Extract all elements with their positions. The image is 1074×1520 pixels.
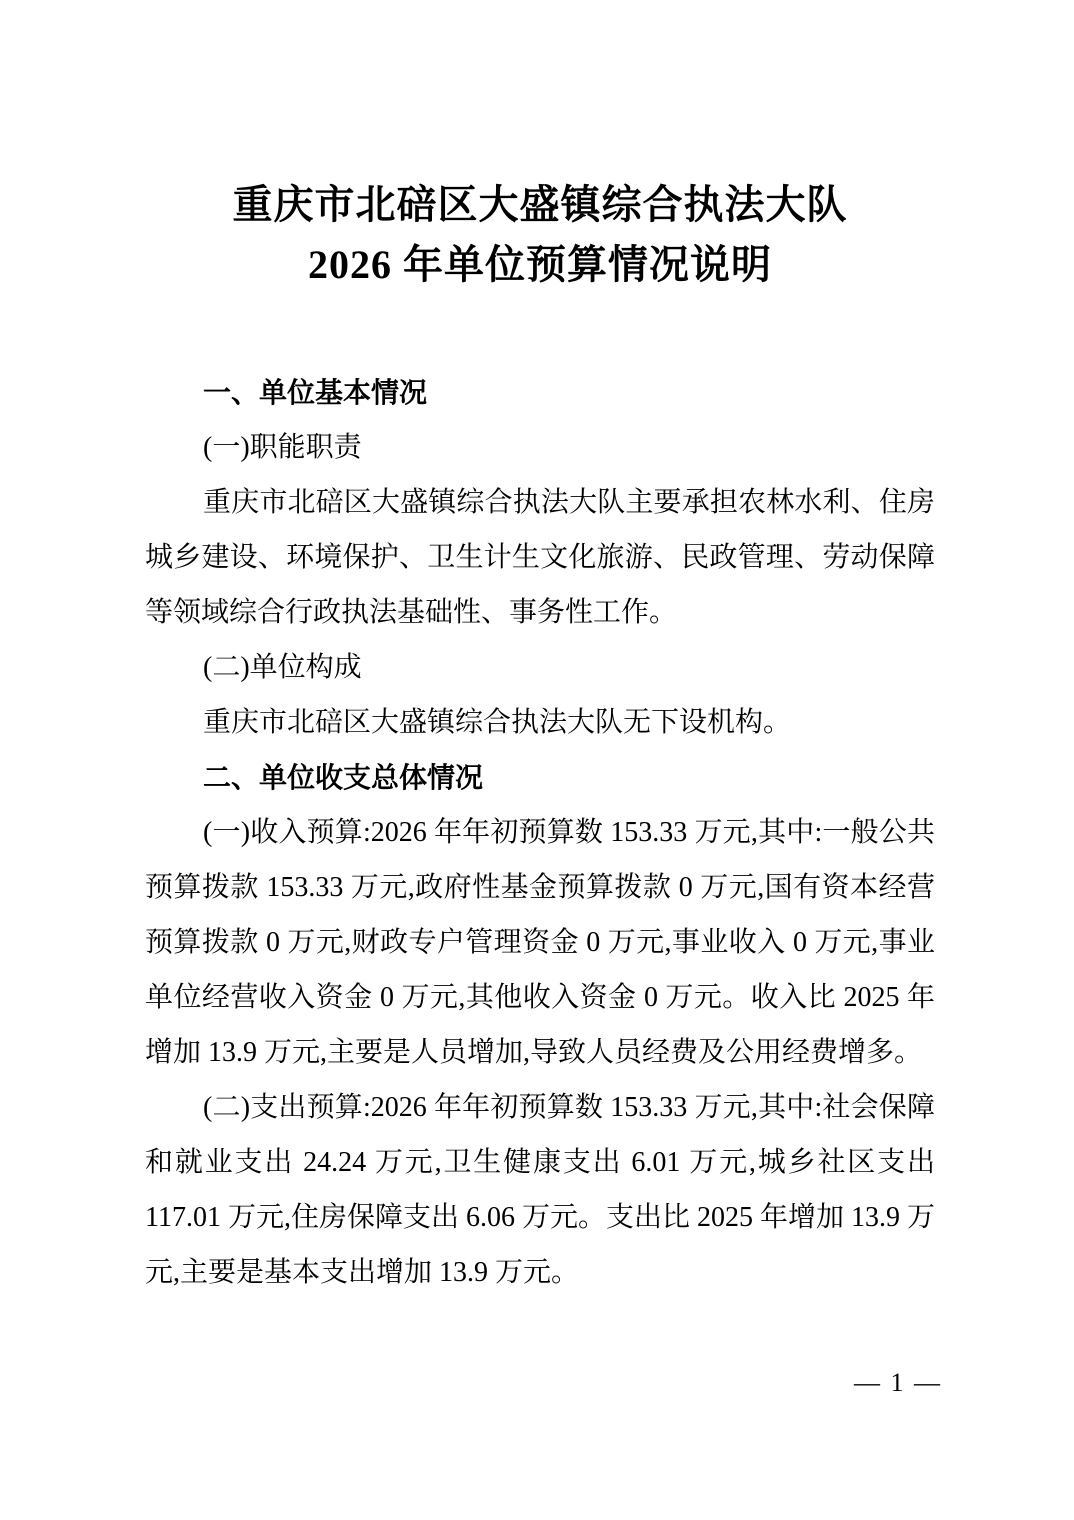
section-2-heading: 二、单位收支总体情况 bbox=[145, 750, 935, 805]
section-1-subheading-duties: (一)职能职责 bbox=[145, 420, 935, 475]
document-title-line1: 重庆市北碚区大盛镇综合执法大队 bbox=[145, 175, 935, 235]
section-1-heading: 一、单位基本情况 bbox=[145, 365, 935, 420]
page-number: — 1 — bbox=[854, 1368, 942, 1398]
paragraph-structure: 重庆市北碚区大盛镇综合执法大队无下设机构。 bbox=[145, 695, 935, 750]
section-1-subheading-structure: (二)单位构成 bbox=[145, 640, 935, 695]
paragraph-duties: 重庆市北碚区大盛镇综合执法大队主要承担农林水利、住房城乡建设、环境保护、卫生计生… bbox=[145, 475, 935, 640]
document-title-line2: 2026 年单位预算情况说明 bbox=[145, 235, 935, 295]
document-page: 重庆市北碚区大盛镇综合执法大队 2026 年单位预算情况说明 一、单位基本情况 … bbox=[0, 0, 1074, 1520]
paragraph-expenditure-budget: (二)支出预算:2026 年年初预算数 153.33 万元,其中:社会保障和就业… bbox=[145, 1080, 935, 1300]
paragraph-income-budget: (一)收入预算:2026 年年初预算数 153.33 万元,其中:一般公共预算拨… bbox=[145, 805, 935, 1080]
document-title: 重庆市北碚区大盛镇综合执法大队 2026 年单位预算情况说明 bbox=[145, 175, 935, 295]
